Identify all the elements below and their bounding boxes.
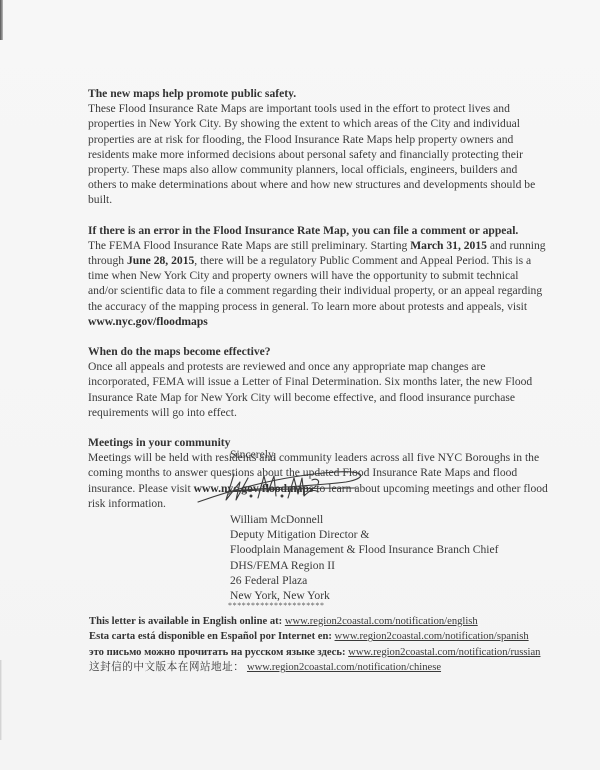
signer-organization: DHS/FEMA Region II: [230, 558, 499, 573]
section-public-safety: The new maps help promote public safety.…: [88, 86, 548, 208]
section-effective: When do the maps become effective? Once …: [88, 344, 548, 420]
language-link-chinese[interactable]: www.region2coastal.com/notification/chin…: [247, 662, 441, 673]
signer-address: 26 Federal Plaza: [230, 573, 499, 588]
closing: Sincerely,: [230, 447, 276, 462]
signer-title: Floodplain Management & Flood Insurance …: [230, 542, 499, 557]
signer-name: William McDonnell: [230, 512, 499, 527]
end-date: June 28, 2015: [127, 254, 194, 267]
floodmaps-link[interactable]: www.nyc.gov/floodmaps: [88, 315, 208, 328]
language-row-spanish: Esta carta está disponible en Español po…: [89, 629, 540, 644]
letter-body: The new maps help promote public safety.…: [88, 86, 548, 526]
section-heading: When do the maps become effective?: [88, 344, 548, 359]
section-heading: If there is an error in the Flood Insura…: [88, 223, 548, 238]
section-text: Once all appeals and protests are review…: [88, 359, 548, 420]
signer-block: William McDonnell Deputy Mitigation Dire…: [230, 512, 499, 603]
section-comment-appeal: If there is an error in the Flood Insura…: [88, 223, 548, 329]
language-label: This letter is available in English onli…: [89, 616, 282, 627]
signature-icon: [196, 462, 376, 510]
text-fragment: The FEMA Flood Insurance Rate Maps are s…: [88, 239, 410, 252]
language-link-english[interactable]: www.region2coastal.com/notification/engl…: [285, 616, 478, 627]
scan-edge-shadow: [0, 660, 2, 740]
start-date: March 31, 2015: [410, 239, 487, 252]
language-label: 这封信的中文版本在网站地址：: [89, 661, 244, 673]
language-link-russian[interactable]: www.region2coastal.com/notification/russ…: [348, 647, 540, 658]
language-label: Esta carta está disponible en Español po…: [89, 631, 332, 642]
language-link-spanish[interactable]: www.region2coastal.com/notification/span…: [335, 631, 529, 642]
language-label: это письмо можно прочитать на русском яз…: [89, 647, 346, 658]
language-row-english: This letter is available in English onli…: [89, 614, 540, 629]
language-row-chinese: 这封信的中文版本在网站地址： www.region2coastal.com/no…: [89, 660, 540, 675]
language-links: This letter is available in English onli…: [89, 614, 540, 676]
section-text: The FEMA Flood Insurance Rate Maps are s…: [88, 238, 548, 329]
section-heading: Meetings in your community: [88, 435, 548, 450]
language-row-russian: это письмо можно прочитать на русском яз…: [89, 645, 540, 660]
scan-edge-shadow: [0, 0, 3, 40]
separator: *********************: [228, 601, 325, 610]
letter-page: The new maps help promote public safety.…: [0, 0, 600, 770]
section-heading: The new maps help promote public safety.: [88, 86, 548, 101]
section-text: These Flood Insurance Rate Maps are impo…: [88, 101, 548, 207]
signer-title: Deputy Mitigation Director &: [230, 527, 499, 542]
